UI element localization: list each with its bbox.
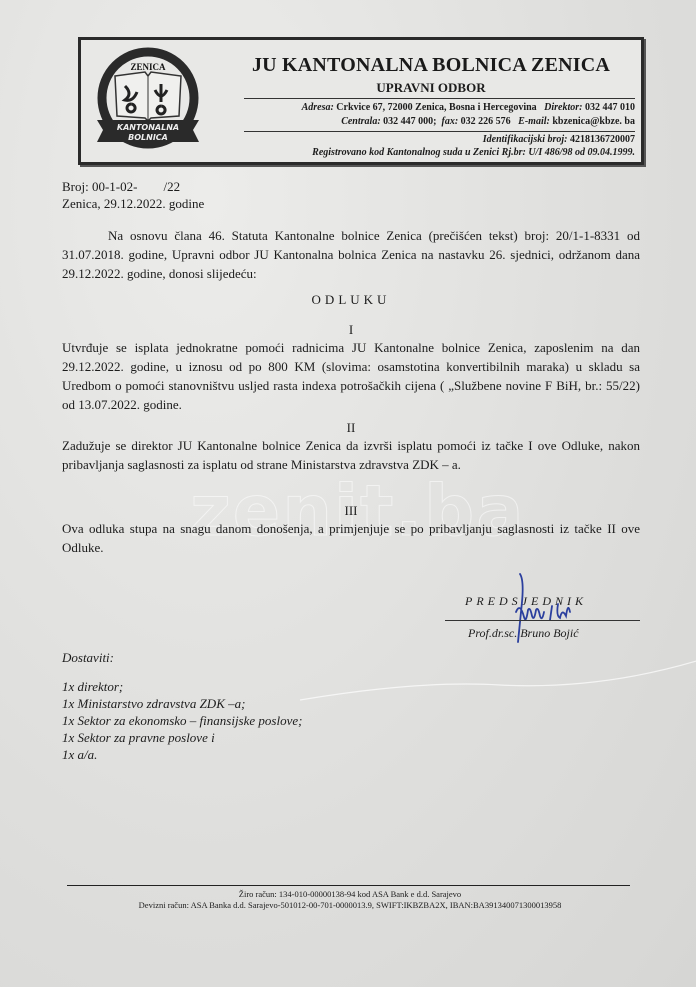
contact-line: Centrala: 032 447 000; fax: 032 226 576 … xyxy=(341,116,635,127)
footer-giro-account: Žiro račun: 134-010-00000138-94 kod ASA … xyxy=(60,889,640,899)
section-text: Zadužuje se direktor JU Kantonalne bolni… xyxy=(62,436,640,474)
svg-text:KANTONALNA: KANTONALNA xyxy=(117,123,179,132)
id-number: 4218136720007 xyxy=(570,134,635,145)
address: Crkvice 67, 72000 Zenica, Bosna i Herceg… xyxy=(336,102,536,113)
signature-line xyxy=(445,620,640,621)
letterhead: ZENICA KANTONALNA BOLNICA JU KANTONALNA … xyxy=(78,37,644,165)
director-phone: 032 447 010 xyxy=(585,102,635,113)
section-numeral: II xyxy=(62,420,640,436)
svg-text:ZENICA: ZENICA xyxy=(130,62,166,72)
signatory-name: Prof.dr.sc. Bruno Bojić xyxy=(468,626,579,641)
paper-crease xyxy=(300,640,696,720)
section-numeral: I xyxy=(62,322,640,338)
registration-line: Registrovano kod Kantonalnog suda u Zeni… xyxy=(312,147,635,158)
document-meta: Broj: 00-1-02- /22 Zenica, 29.12.2022. g… xyxy=(62,178,204,212)
central-phone: 032 447 000; xyxy=(383,116,436,127)
distribution-item: 1x Ministarstvo zdravstva ZDK –a; xyxy=(62,695,302,712)
distribution-item: 1x direktor; xyxy=(62,678,302,695)
preamble: Na osnovu člana 46. Statuta Kantonalne b… xyxy=(62,226,640,283)
distribution-label: Dostaviti: xyxy=(62,650,114,666)
footer-foreign-account: Devizni račun: ASA Banka d.d. Sarajevo-5… xyxy=(60,900,640,910)
fax-number: 032 226 576 xyxy=(461,116,511,127)
institution-title: JU KANTONALNA BOLNICA ZENICA xyxy=(231,54,631,77)
section-text: Utvrđuje se isplata jednokratne pomoći r… xyxy=(62,338,640,414)
email-address: kbzenica@kbze. ba xyxy=(552,116,635,127)
distribution-item: 1x Sektor za ekonomsko – finansijske pos… xyxy=(62,712,302,729)
document-number: Broj: 00-1-02- /22 xyxy=(62,178,204,195)
document-page: ZENICA KANTONALNA BOLNICA JU KANTONALNA … xyxy=(0,0,696,987)
place-date: Zenica, 29.12.2022. godine xyxy=(62,195,204,212)
address-line: Adresa: Crkvice 67, 72000 Zenica, Bosna … xyxy=(302,102,635,113)
svg-text:BOLNICA: BOLNICA xyxy=(128,133,168,142)
distribution-list: 1x direktor; 1x Ministarstvo zdravstva Z… xyxy=(62,678,302,763)
letterhead-divider xyxy=(244,131,635,132)
letterhead-divider xyxy=(244,98,635,99)
decision-title: ODLUKU xyxy=(62,292,640,308)
footer-divider xyxy=(67,885,630,886)
section-text: Ova odluka stupa na snagu danom donošenj… xyxy=(62,519,640,557)
hospital-logo-icon: ZENICA KANTONALNA BOLNICA xyxy=(93,46,203,154)
distribution-item: 1x a/a. xyxy=(62,746,302,763)
distribution-item: 1x Sektor za pravne poslove i xyxy=(62,729,302,746)
section-numeral: III xyxy=(62,503,640,519)
id-line: Identifikacijski broj: 4218136720007 xyxy=(483,134,635,145)
institution-subtitle: UPRAVNI ODBOR xyxy=(231,80,631,96)
